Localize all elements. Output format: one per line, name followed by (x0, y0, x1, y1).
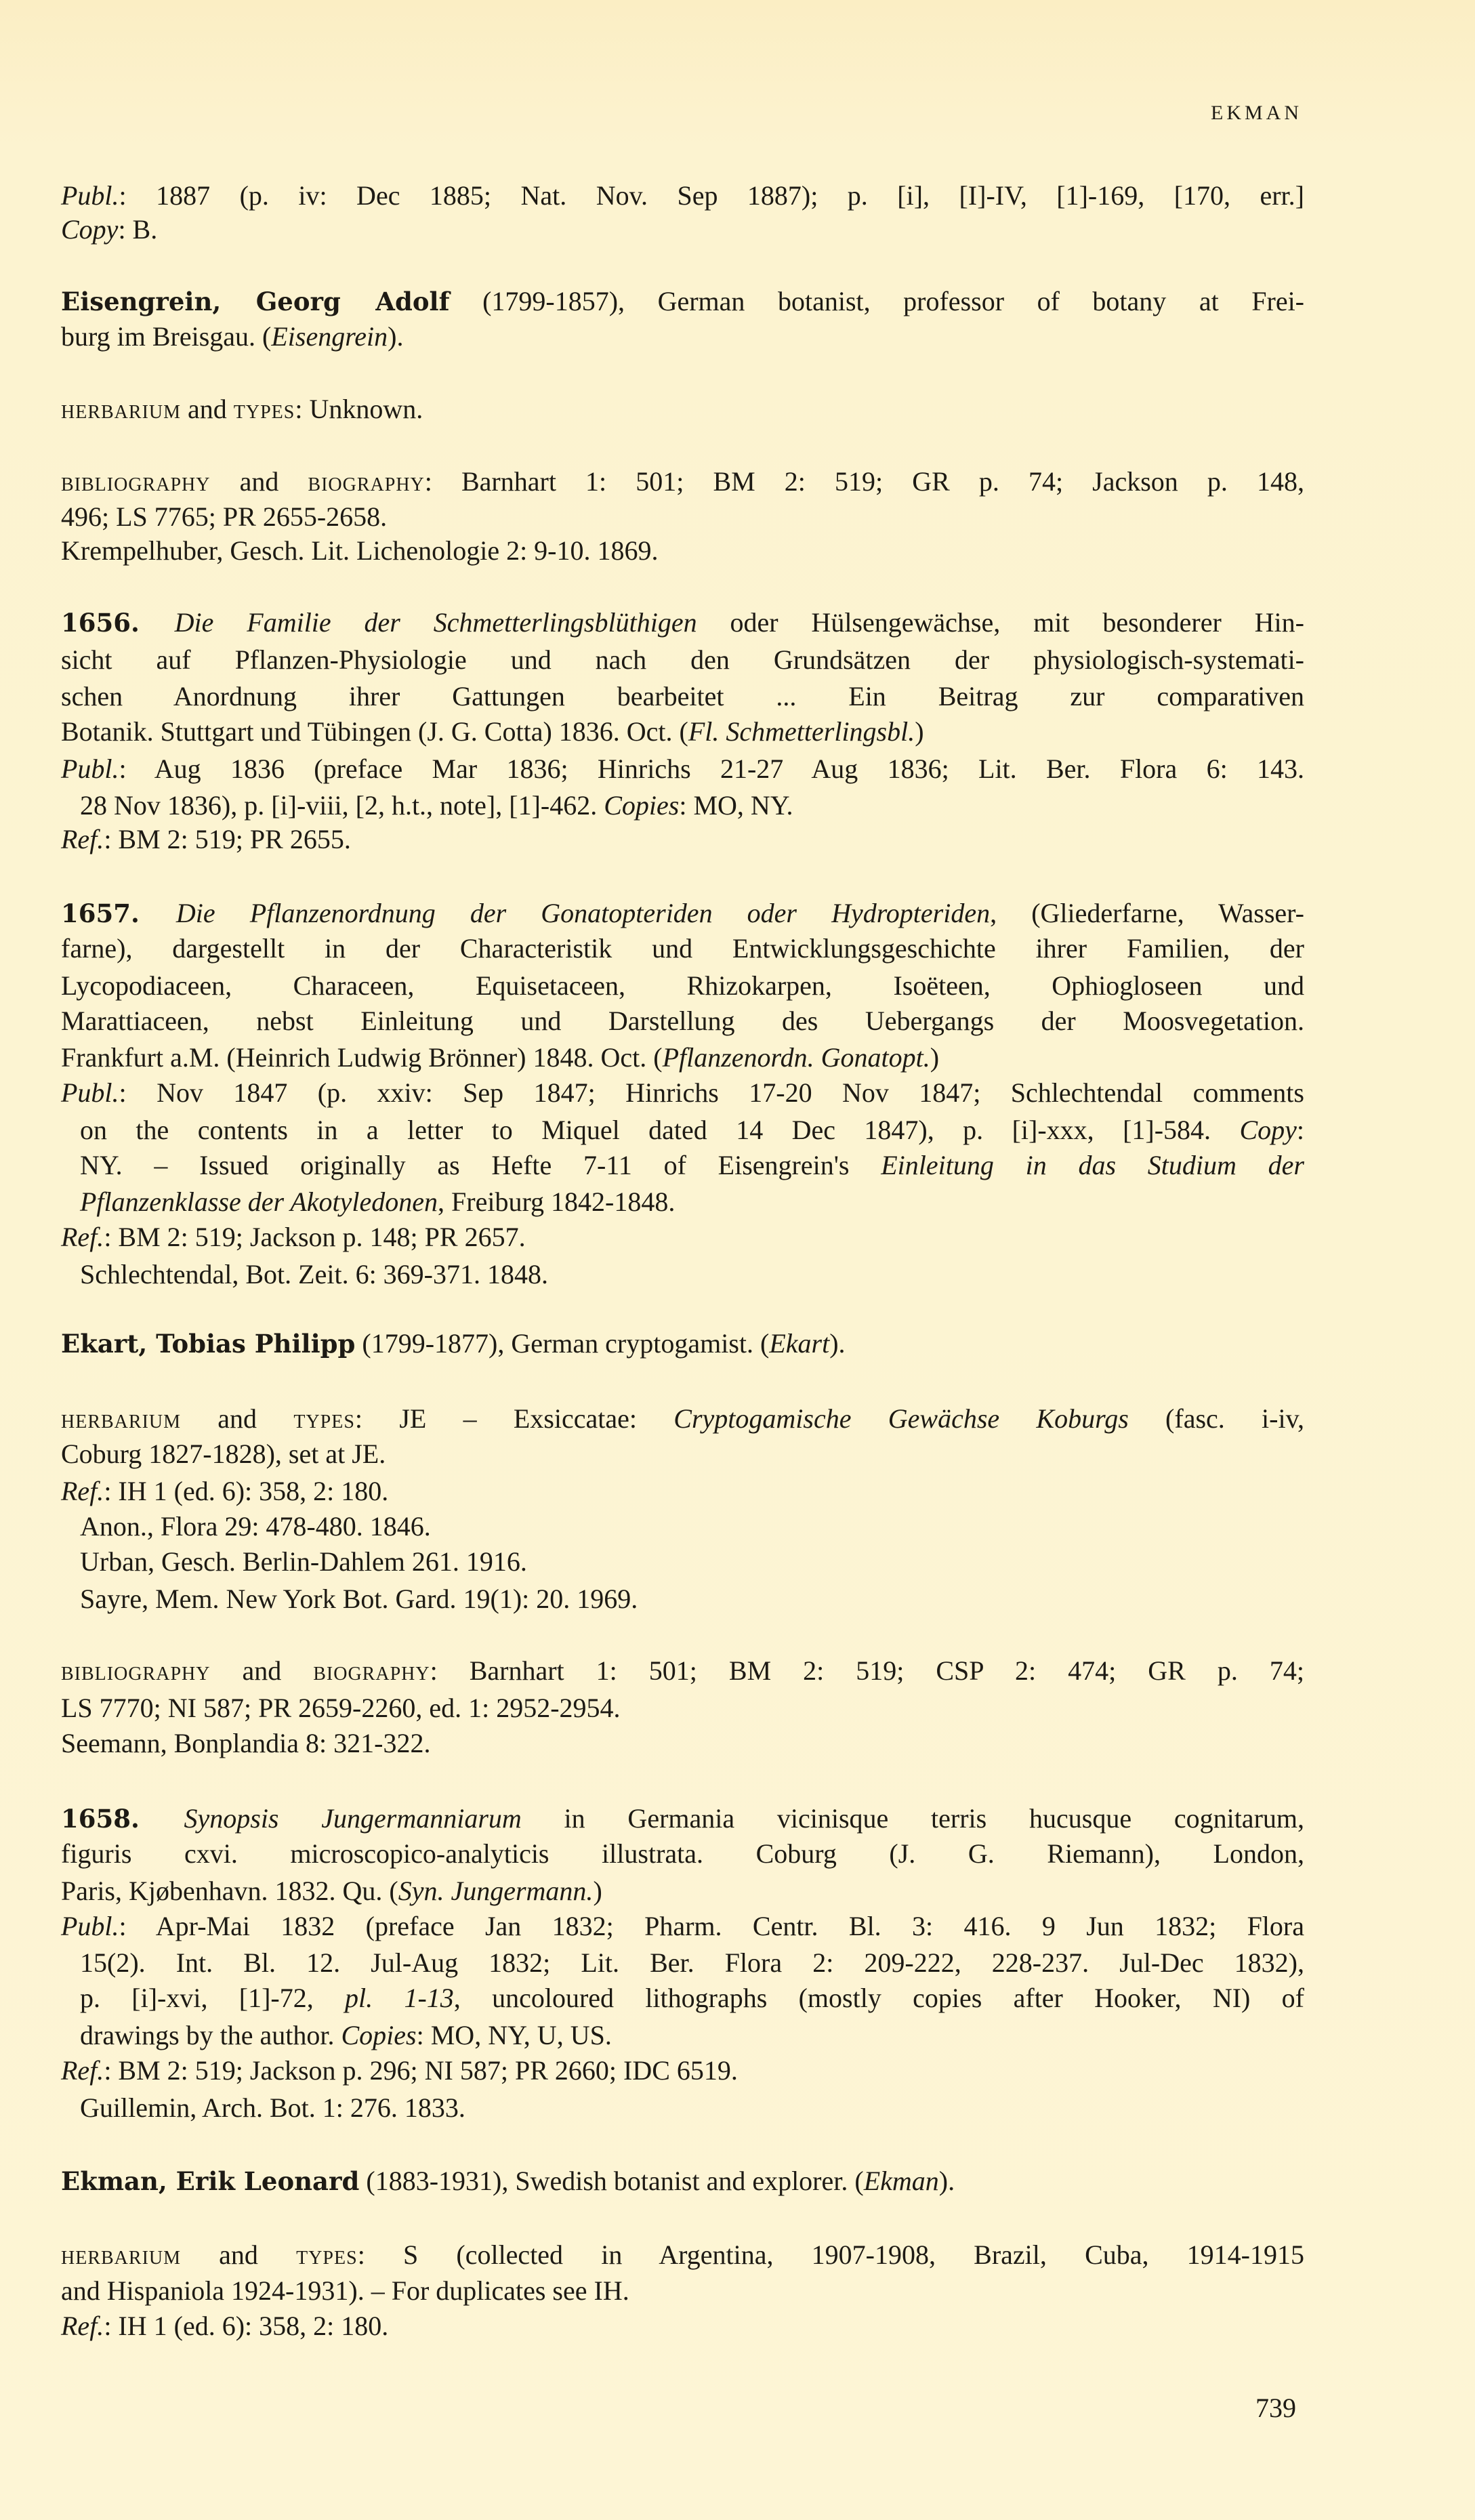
text-line: Ref.: IH 1 (ed. 6): 358, 2: 180. (61, 1474, 1304, 1509)
body-text: and (210, 466, 308, 497)
small-caps-label: TYPES (234, 394, 295, 424)
bold-heading-text: Eisengrein, Georg Adolf (61, 287, 450, 316)
italic-text: Ref. (61, 824, 104, 854)
body-text: and (181, 1403, 293, 1434)
italic-text: Fl. Schmetterlingsbl. (688, 716, 915, 747)
body-text: Urban, Gesch. Berlin-Dahlem 261. 1916. (80, 1546, 527, 1577)
text-line: Publ.: Apr-Mai 1832 (preface Jan 1832; P… (61, 1909, 1304, 1944)
text-line: Publ.: 1887 (p. iv: Dec 1885; Nat. Nov. … (61, 178, 1304, 213)
body-text: and (181, 394, 234, 424)
body-text: : IH 1 (ed. 6): 358, 2: 180. (104, 1476, 388, 1506)
text-line: NY. – Issued originally as Hefte 7-11 of… (80, 1148, 1304, 1183)
text-line: figuris cxvi. microscopico-analyticis il… (61, 1836, 1304, 1872)
body-text: : Apr-Mai 1832 (preface Jan 1832; Pharm.… (119, 1911, 1304, 1941)
text-line: Coburg 1827-1828), set at JE. (61, 1437, 1304, 1472)
body-text: schen Anordnung ihrer Gattungen bearbeit… (61, 681, 1304, 711)
bold-heading-text: Ekman, Erik Leonard (61, 2166, 359, 2196)
body-text: : (1297, 1115, 1304, 1145)
italic-text: Cryptogamische Gewächse Koburgs (673, 1403, 1128, 1434)
italic-text: Publ. (61, 1911, 119, 1941)
text-line: Urban, Gesch. Berlin-Dahlem 261. 1916. (80, 1544, 1304, 1579)
body-text: ). (829, 1328, 845, 1359)
body-text: 496; LS 7765; PR 2655-2658. (61, 501, 387, 532)
body-text: farne), dargestellt in der Characteristi… (61, 933, 1304, 964)
italic-text: Synopsis Jungermanniarum (184, 1803, 522, 1834)
body-text: Frankfurt a.M. (Heinrich Ludwig Brönner)… (61, 1042, 663, 1073)
body-text: Seemann, Bonplandia 8: 321-322. (61, 1728, 430, 1758)
body-text: ). (388, 321, 403, 352)
bold-heading-text: Ekart, Tobias Philipp (61, 1329, 355, 1359)
body-text: (1799-1857), German botanist, professor … (450, 286, 1304, 316)
body-text: : BM 2: 519; PR 2655. (104, 824, 351, 854)
text-line: 1658. Synopsis Jungermanniarum in German… (61, 1801, 1304, 1836)
text-line: and Hispaniola 1924-1931). – For duplica… (61, 2273, 1304, 2309)
body-text: : BM 2: 519; Jackson p. 148; PR 2657. (104, 1222, 525, 1252)
body-text: (1883-1931), Swedish botanist and explor… (359, 2166, 863, 2196)
text-line: Ekart, Tobias Philipp (1799-1877), Germa… (61, 1326, 1304, 1361)
page-number: 739 (1255, 2392, 1296, 2424)
text-line: Publ.: Aug 1836 (preface Mar 1836; Hinri… (61, 751, 1304, 787)
body-text: : Barnhart 1: 501; BM 2: 519; GR p. 74; … (425, 466, 1304, 497)
body-text: Schlechtendal, Bot. Zeit. 6: 369-371. 18… (80, 1259, 548, 1289)
italic-text: Copies (341, 2020, 417, 2050)
document-page: EKMAN Publ.: 1887 (p. iv: Dec 1885; Nat.… (0, 0, 1475, 2520)
body-text: 28 Nov 1836), p. [i]-viii, [2, h.t., not… (80, 790, 604, 821)
body-text: : JE – Exsiccatae: (355, 1403, 673, 1434)
body-text: : Barnhart 1: 501; BM 2: 519; CSP 2: 474… (430, 1655, 1304, 1686)
text-line: Lycopodiaceen, Characeen, Equisetaceen, … (61, 968, 1304, 1004)
text-line: 1657. Die Pflanzenordnung der Gonatopter… (61, 896, 1304, 931)
text-line: p. [i]-xvi, [1]-72, pl. 1-13, uncoloured… (80, 1981, 1304, 2016)
small-caps-label: BIOGRAPHY (308, 466, 424, 497)
text-line: HERBARIUM and TYPES: JE – Exsiccatae: Cr… (61, 1401, 1304, 1437)
text-line: Ref.: BM 2: 519; Jackson p. 296; NI 587;… (61, 2053, 1304, 2088)
running-head: EKMAN (1211, 102, 1302, 125)
body-text: Coburg 1827-1828), set at JE. (61, 1439, 386, 1469)
text-line: farne), dargestellt in der Characteristi… (61, 931, 1304, 966)
small-caps-label: BIOGRAPHY (313, 1655, 430, 1686)
body-text: ). (939, 2166, 955, 2196)
body-text: Anon., Flora 29: 478-480. 1846. (80, 1511, 431, 1542)
small-caps-label: HERBARIUM (61, 394, 181, 424)
body-text: oder Hülsengewächse, mit besonderer Hin- (697, 607, 1304, 638)
body-text: on the contents in a letter to Miquel da… (80, 1115, 1239, 1145)
italic-text: Pflanzenordn. Gonatopt. (663, 1042, 930, 1073)
text-line: sicht auf Pflanzen-Physiologie und nach … (61, 642, 1304, 678)
body-text: : Unknown. (295, 394, 423, 424)
text-line: BIBLIOGRAPHY and BIOGRAPHY: Barnhart 1: … (61, 1653, 1304, 1689)
italic-text: pl. 1-13 (345, 1983, 454, 2013)
text-line: Ref.: IH 1 (ed. 6): 358, 2: 180. (61, 2309, 1304, 2344)
text-line: Ref.: BM 2: 519; PR 2655. (61, 822, 1304, 857)
text-line: 1656. Die Familie der Schmetterlingsblüt… (61, 605, 1304, 640)
small-caps-label: TYPES (296, 2239, 358, 2270)
italic-text: Publ. (61, 180, 119, 211)
body-text: : Aug 1836 (preface Mar 1836; Hinrichs 2… (119, 753, 1304, 784)
body-text: (fasc. i-iv, (1129, 1403, 1304, 1434)
body-text: Lycopodiaceen, Characeen, Equisetaceen, … (61, 970, 1304, 1001)
text-line: Sayre, Mem. New York Bot. Gard. 19(1): 2… (80, 1582, 1304, 1617)
bold-heading-text: 1657. (61, 898, 176, 928)
body-text: : B. (118, 214, 157, 245)
body-text: : MO, NY. (679, 790, 793, 821)
body-text: : 1887 (p. iv: Dec 1885; Nat. Nov. Sep 1… (119, 180, 1304, 211)
body-text: (1799-1877), German cryptogamist. ( (355, 1328, 769, 1359)
body-text: and (181, 2239, 296, 2270)
text-line: 28 Nov 1836), p. [i]-viii, [2, h.t., not… (80, 788, 1304, 823)
body-text: LS 7770; NI 587; PR 2659-2260, ed. 1: 29… (61, 1693, 621, 1723)
body-text: ) (930, 1042, 939, 1073)
body-text: : Nov 1847 (p. xxiv: Sep 1847; Hinrichs … (119, 1077, 1304, 1108)
text-line: Publ.: Nov 1847 (p. xxiv: Sep 1847; Hinr… (61, 1075, 1304, 1111)
italic-text: Einleitung in das Studium der (881, 1150, 1304, 1180)
italic-text: Ekman (864, 2166, 939, 2196)
body-text: and (210, 1655, 313, 1686)
small-caps-label: BIBLIOGRAPHY (61, 1655, 210, 1686)
italic-text: Die Pflanzenordnung der Gonatopteriden o… (176, 898, 990, 928)
body-text: Botanik. Stuttgart und Tübingen (J. G. C… (61, 716, 688, 747)
body-text: ) (915, 716, 923, 747)
body-text: NY. – Issued originally as Hefte 7-11 of… (80, 1150, 881, 1180)
text-line: schen Anordnung ihrer Gattungen bearbeit… (61, 679, 1304, 714)
text-line: Guillemin, Arch. Bot. 1: 276. 1833. (80, 2090, 1304, 2126)
text-line: Anon., Flora 29: 478-480. 1846. (80, 1509, 1304, 1544)
text-line: Eisengrein, Georg Adolf (1799-1857), Ger… (61, 284, 1304, 319)
body-text: burg im Breisgau. ( (61, 321, 271, 352)
body-text: : S (collected in Argentina, 1907-1908, … (358, 2239, 1304, 2270)
bold-heading-text: 1658. (61, 1804, 184, 1834)
body-text: Sayre, Mem. New York Bot. Gard. 19(1): 2… (80, 1584, 638, 1614)
text-line: HERBARIUM and TYPES: S (collected in Arg… (61, 2237, 1304, 2273)
text-line: Seemann, Bonplandia 8: 321-322. (61, 1726, 1304, 1761)
italic-text: Ref. (61, 1476, 104, 1506)
body-text: ) (593, 1876, 602, 1906)
body-text: : BM 2: 519; Jackson p. 296; NI 587; PR … (104, 2055, 738, 2086)
body-text: 15(2). Int. Bl. 12. Jul-Aug 1832; Lit. B… (80, 1947, 1304, 1978)
body-text: p. [i]-xvi, [1]-72, (80, 1983, 345, 2013)
italic-text: Ref. (61, 1222, 104, 1252)
body-text: drawings by the author. (80, 2020, 341, 2050)
bold-heading-text: 1656. (61, 608, 175, 638)
body-text: and Hispaniola 1924-1931). – For duplica… (61, 2275, 629, 2306)
body-text: Krempelhuber, Gesch. Lit. Lichenologie 2… (61, 535, 659, 566)
text-line: burg im Breisgau. (Eisengrein). (61, 319, 1304, 354)
text-line: 496; LS 7765; PR 2655-2658. (61, 499, 1304, 535)
italic-text: Pflanzenklasse der Akotyledonen (80, 1186, 438, 1217)
italic-text: Ref. (61, 2055, 104, 2086)
small-caps-label: BIBLIOGRAPHY (61, 466, 210, 497)
text-line: Krempelhuber, Gesch. Lit. Lichenologie 2… (61, 533, 1304, 569)
body-text: sicht auf Pflanzen-Physiologie und nach … (61, 644, 1304, 675)
body-text: , (Gliederfarne, Wasser- (990, 898, 1304, 928)
text-line: Paris, Kjøbenhavn. 1832. Qu. (Syn. Junge… (61, 1874, 1304, 1909)
italic-text: Die Familie der Schmetterlingsblüthigen (175, 607, 697, 638)
text-line: HERBARIUM and TYPES: Unknown. (61, 392, 1304, 427)
body-text: Guillemin, Arch. Bot. 1: 276. 1833. (80, 2092, 465, 2123)
body-text: , Freiburg 1842-1848. (438, 1186, 675, 1217)
text-line: LS 7770; NI 587; PR 2659-2260, ed. 1: 29… (61, 1691, 1304, 1726)
text-line: Ref.: BM 2: 519; Jackson p. 148; PR 2657… (61, 1220, 1304, 1255)
text-line: Schlechtendal, Bot. Zeit. 6: 369-371. 18… (80, 1257, 1304, 1292)
text-line: 15(2). Int. Bl. 12. Jul-Aug 1832; Lit. B… (80, 1945, 1304, 1981)
italic-text: Copy (61, 214, 118, 245)
text-line: Pflanzenklasse der Akotyledonen, Freibur… (80, 1184, 1304, 1220)
italic-text: Ref. (61, 2311, 104, 2341)
italic-text: Copies (604, 790, 679, 821)
body-text: : IH 1 (ed. 6): 358, 2: 180. (104, 2311, 388, 2341)
italic-text: Copy (1239, 1115, 1296, 1145)
small-caps-label: HERBARIUM (61, 2239, 181, 2270)
body-text: figuris cxvi. microscopico-analyticis il… (61, 1838, 1304, 1869)
italic-text: Publ. (61, 753, 119, 784)
text-line: BIBLIOGRAPHY and BIOGRAPHY: Barnhart 1: … (61, 464, 1304, 499)
text-line: on the contents in a letter to Miquel da… (80, 1113, 1304, 1148)
text-line: drawings by the author. Copies: MO, NY, … (80, 2018, 1304, 2053)
text-line: Copy: B. (61, 212, 1304, 247)
body-text: Marattiaceen, nebst Einleitung und Darst… (61, 1006, 1304, 1036)
italic-text: Eisengrein (271, 321, 388, 352)
text-line: Ekman, Erik Leonard (1883-1931), Swedish… (61, 2164, 1304, 2199)
small-caps-label: HERBARIUM (61, 1403, 181, 1434)
italic-text: Publ. (61, 1077, 119, 1108)
body-text: in Germania vicinisque terris hucusque c… (522, 1803, 1304, 1834)
small-caps-label: TYPES (293, 1403, 355, 1434)
body-text: , uncoloured lithographs (mostly copies … (454, 1983, 1304, 2013)
italic-text: Ekart (769, 1328, 829, 1359)
body-text: Paris, Kjøbenhavn. 1832. Qu. ( (61, 1876, 398, 1906)
text-line: Botanik. Stuttgart und Tübingen (J. G. C… (61, 714, 1304, 749)
text-line: Marattiaceen, nebst Einleitung und Darst… (61, 1004, 1304, 1039)
text-line: Frankfurt a.M. (Heinrich Ludwig Brönner)… (61, 1040, 1304, 1075)
italic-text: Syn. Jungermann. (398, 1876, 594, 1906)
body-text: : MO, NY, U, US. (417, 2020, 612, 2050)
